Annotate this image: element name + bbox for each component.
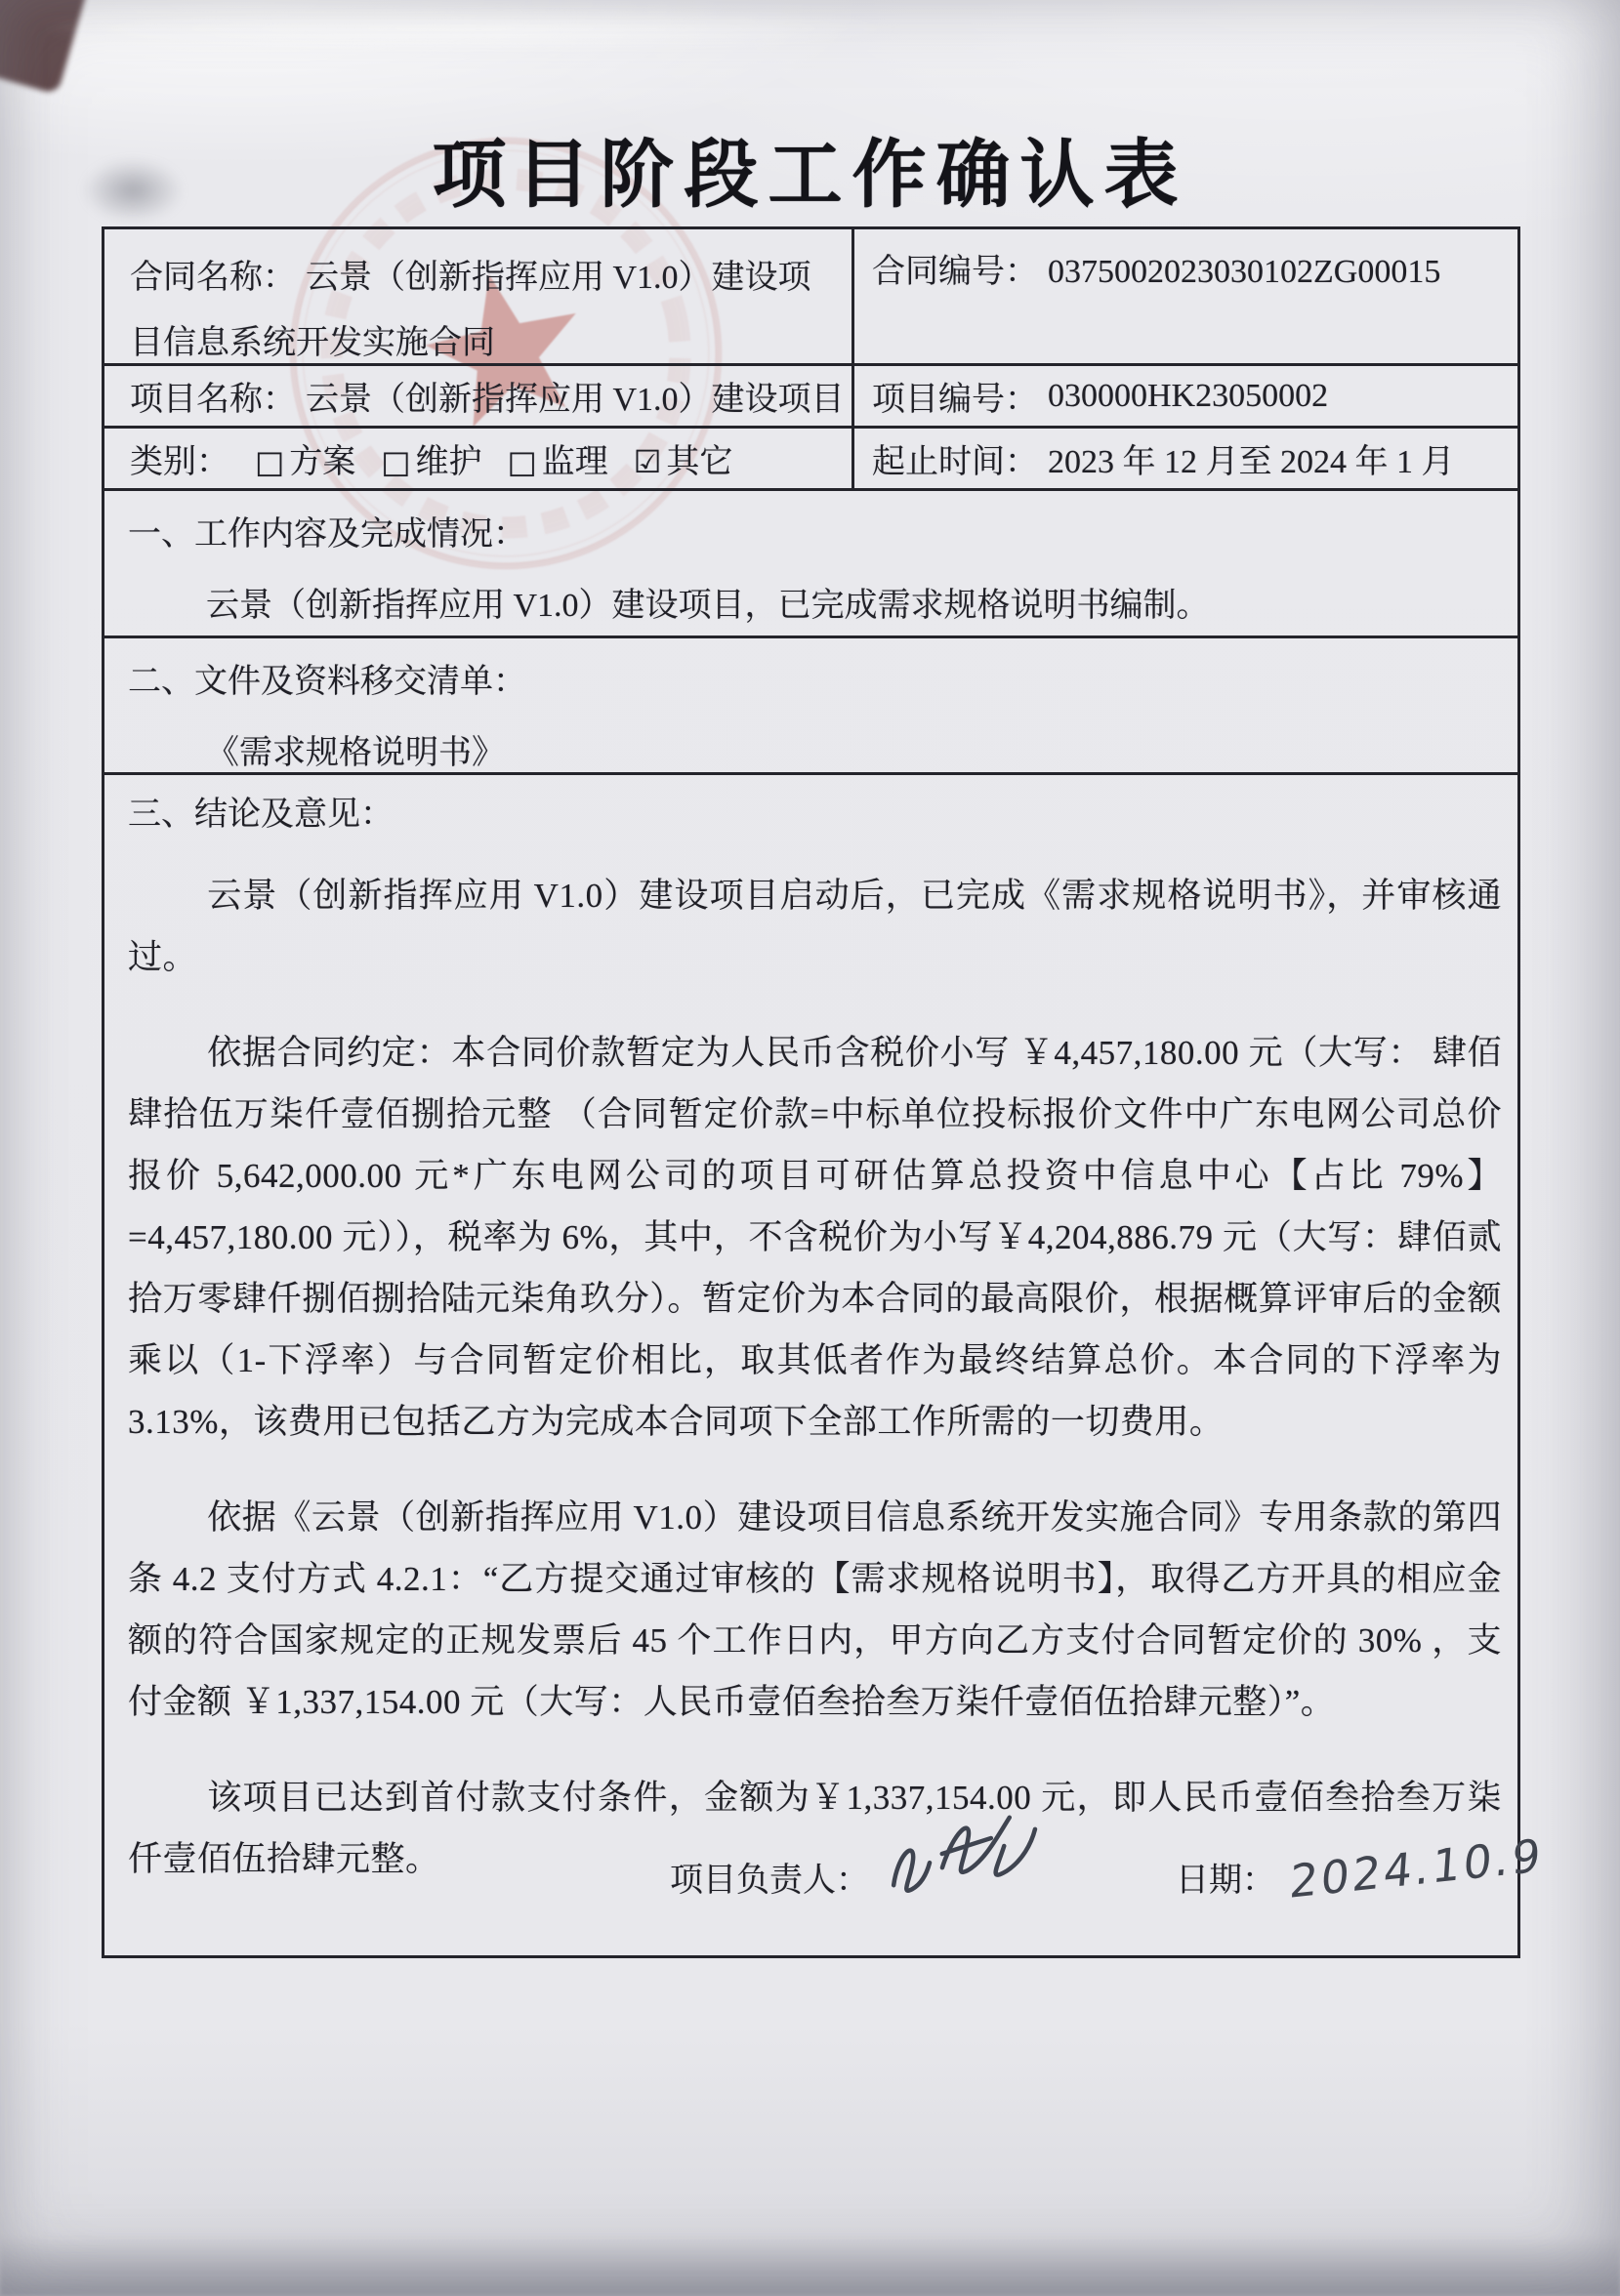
contract-name-label: 合同名称： (130, 260, 296, 296)
category-label: 类别： (130, 434, 229, 482)
contract-name-cell: 合同名称：云景（创新指挥应用 V1.0）建设项目信息系统开发实施合同 (104, 229, 854, 363)
scan-top-highlight (39, 6, 918, 51)
table-row: 项目名称：云景（创新指挥应用 V1.0）建设项目 项目编号：030000HK23… (104, 366, 1517, 429)
section-heading: 一、工作内容及完成情况： (104, 491, 1517, 554)
checkbox-checked-icon: ☑ (634, 443, 662, 480)
project-no-cell: 项目编号：030000HK23050002 (854, 366, 1517, 426)
category-option-qita: ☑其它 (634, 434, 733, 482)
conclusion-paragraph: 依据合同约定：本合同价款暂定为人民币含税价小写 ￥4,457,180.00 元（… (128, 1022, 1502, 1453)
table-row: 合同名称：云景（创新指挥应用 V1.0）建设项目信息系统开发实施合同 合同编号：… (104, 229, 1517, 366)
section-handover-list: 二、文件及资料移交清单： 《需求规格说明书》 (104, 638, 1517, 775)
scanned-document-page: 项目阶段工作确认表 合同名称：云景（创新指挥应用 V1.0）建设项目信息系统开发… (0, 0, 1620, 2296)
duration-cell: 起止时间：2023 年 12 月至 2024 年 1 月 (854, 429, 1517, 488)
project-name-label: 项目名称： (130, 372, 296, 420)
category-option-fangan: □方案 (255, 434, 355, 482)
checkbox-unchecked-icon: □ (507, 443, 536, 480)
category-option-weihu: □维护 (381, 434, 481, 482)
category-cell: 类别： □方案 □维护 □监理 ☑其它 (104, 429, 854, 488)
section-heading: 二、文件及资料移交清单： (104, 638, 1517, 702)
contract-no-cell: 合同编号：0375002023030102ZG00015 (854, 229, 1517, 363)
conclusion-paragraph: 云景（创新指挥应用 V1.0）建设项目启动后，已完成《需求规格说明书》，并审核通… (128, 865, 1502, 988)
form-table: 合同名称：云景（创新指挥应用 V1.0）建设项目信息系统开发实施合同 合同编号：… (102, 226, 1520, 1958)
section-work-content: 一、工作内容及完成情况： 云景（创新指挥应用 V1.0）建设项目，已完成需求规格… (104, 491, 1517, 638)
signature-row: 项目负责人： 日期： 2024.10.9 (670, 1842, 1544, 1910)
category-option-jianli: □监理 (507, 434, 607, 482)
duration-value: 2023 年 12 月至 2024 年 1 月 (1048, 434, 1455, 482)
project-no-label: 项目编号： (872, 372, 1038, 420)
project-name-cell: 项目名称：云景（创新指挥应用 V1.0）建设项目 (104, 366, 854, 426)
section-body: 云景（创新指挥应用 V1.0）建设项目，已完成需求规格说明书编制。 (104, 578, 1517, 626)
project-name-value: 云景（创新指挥应用 V1.0）建设项目 (306, 372, 845, 420)
conclusion-paragraph: 依据《云景（创新指挥应用 V1.0）建设项目信息系统开发实施合同》专用条款的第四… (128, 1487, 1502, 1733)
duration-label: 起止时间： (872, 434, 1038, 482)
checkbox-unchecked-icon: □ (381, 443, 410, 480)
section-body: 《需求规格说明书》 (104, 725, 1517, 773)
table-row: 类别： □方案 □维护 □监理 ☑其它 起止时间：2023 年 12 月至 20… (104, 429, 1517, 491)
project-leader-label: 项目负责人： (670, 1853, 869, 1901)
date-label: 日期： (1176, 1853, 1275, 1901)
section-conclusion: 三、结论及意见： 云景（创新指挥应用 V1.0）建设项目启动后，已完成《需求规格… (104, 775, 1517, 1955)
checkbox-unchecked-icon: □ (255, 443, 284, 480)
section-heading: 三、结论及意见： (104, 775, 1517, 835)
contract-no-label: 合同编号： (872, 254, 1038, 290)
project-no-value: 030000HK23050002 (1048, 378, 1328, 415)
contract-no-value: 0375002023030102ZG00015 (1048, 254, 1440, 290)
scan-bottom-shade (0, 2237, 1620, 2296)
